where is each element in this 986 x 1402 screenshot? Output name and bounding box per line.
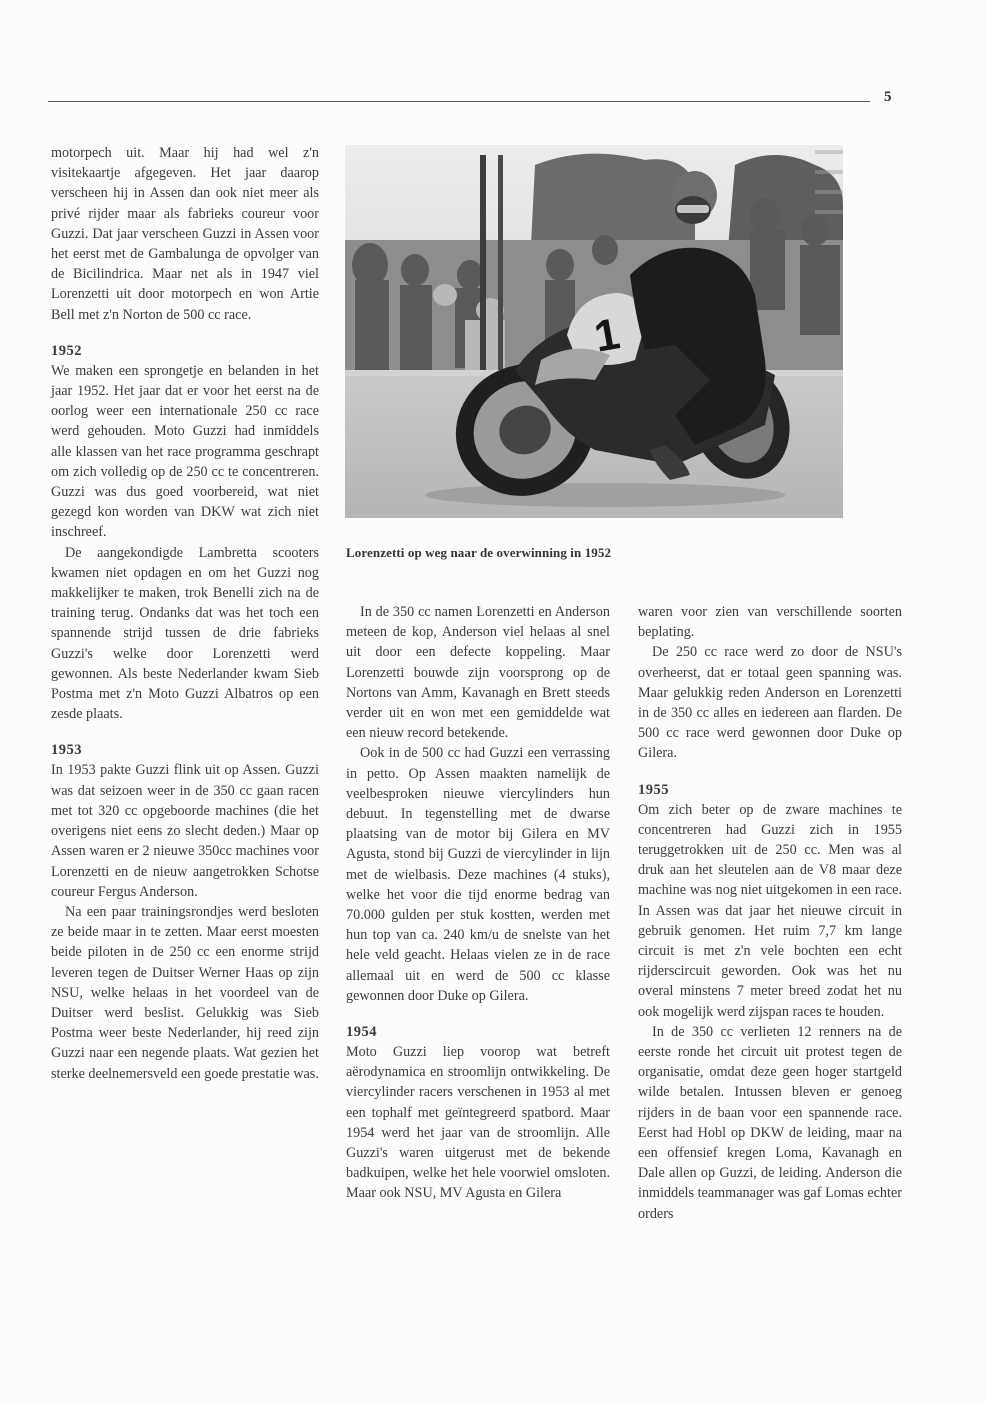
paragraph: We maken een sprongetje en belanden in h… [51,361,319,543]
photo-caption: Lorenzetti op weg naar de overwinning in… [346,545,611,561]
paragraph: Om zich beter op de zware machines te co… [638,800,902,1022]
page-number: 5 [884,89,892,106]
article-column-2: In de 350 cc namen Lorenzetti en Anderso… [346,602,610,1204]
article-column-3: waren voor zien van verschillende soorte… [638,602,902,1224]
article-column-1: motorpech uit. Maar hij had wel z'n visi… [51,143,319,1084]
paragraph: waren voor zien van verschillende soorte… [638,602,902,642]
paragraph: In de 350 cc namen Lorenzetti en Anderso… [346,602,610,743]
section-heading-1953: 1953 [51,740,319,760]
section-heading-1955: 1955 [638,780,902,800]
paragraph: Ook in de 500 cc had Guzzi een verrassin… [346,743,610,1006]
section-heading-1952: 1952 [51,341,319,361]
motorcycle-racer-image: 1 [345,145,843,518]
paragraph: In de 350 cc verlieten 12 renners na de … [638,1022,902,1224]
race-photo: 1 [345,145,843,518]
paragraph: In 1953 pakte Guzzi flink uit op Assen. … [51,760,319,901]
header-rule [48,101,870,102]
paragraph: Na een paar trainingsrondjes werd beslot… [51,902,319,1084]
paragraph: Moto Guzzi liep voorop wat betreft aërod… [346,1042,610,1204]
section-heading-1954: 1954 [346,1022,610,1042]
paragraph: De aangekondigde Lambretta scooters kwam… [51,543,319,725]
paragraph: De 250 cc race werd zo door de NSU's ove… [638,642,902,763]
paragraph: motorpech uit. Maar hij had wel z'n visi… [51,143,319,325]
